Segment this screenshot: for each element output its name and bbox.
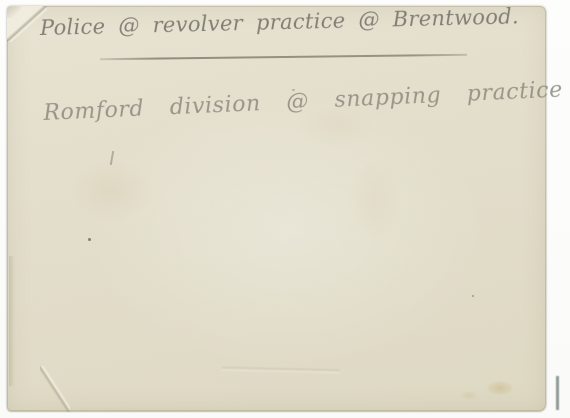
dark-speck bbox=[88, 238, 91, 241]
pencil-underline bbox=[100, 54, 467, 60]
dark-speck bbox=[472, 295, 474, 297]
crease-mark-bottom-left bbox=[40, 366, 70, 412]
paper-grain-texture bbox=[7, 6, 546, 411]
scanner-edge-artifact bbox=[556, 376, 559, 410]
photo-back-paper: Police @ revolver practice @ Brentwood. … bbox=[7, 6, 546, 411]
scan-background: { "handwriting": { "line1": "Police @ re… bbox=[0, 0, 570, 418]
handwritten-caption-top: Police @ revolver practice @ Brentwood. bbox=[40, 4, 519, 40]
stain-bottom-right bbox=[487, 381, 513, 395]
corner-fold-shadow bbox=[7, 6, 21, 18]
scanned-photo-reverse: Police @ revolver practice @ Brentwood. … bbox=[0, 0, 570, 418]
pencil-scratch-mark bbox=[110, 151, 114, 165]
handwritten-caption-middle: Romford division @ snapping practice bbox=[43, 77, 563, 126]
stain-bottom-right-small bbox=[460, 391, 478, 400]
crease-mark-left-edge bbox=[9, 256, 16, 386]
red-speck bbox=[292, 89, 295, 91]
crease-mark-bottom-middle bbox=[222, 367, 340, 374]
